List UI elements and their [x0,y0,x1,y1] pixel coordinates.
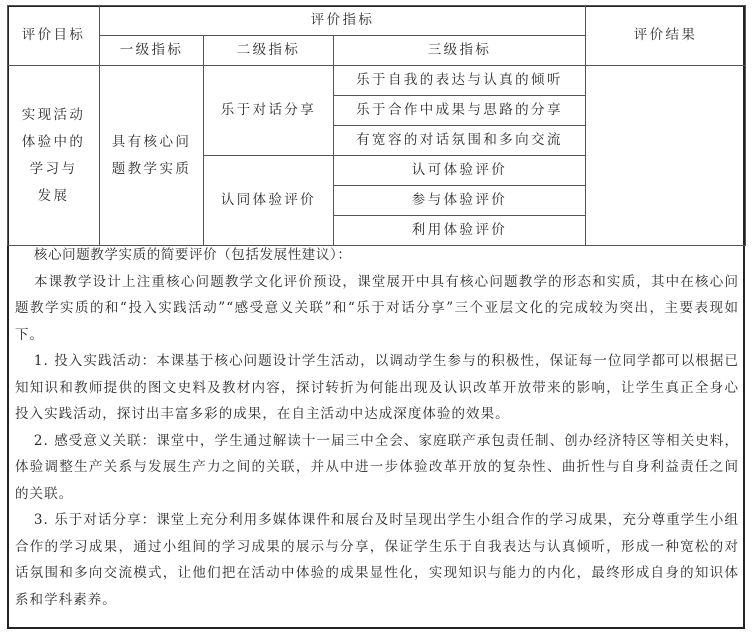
level3-cell: 乐于合作中成果与思路的分享 [334,96,586,126]
result-cell [586,66,746,246]
level3-cell: 认可体验评价 [334,156,586,186]
header-row-1: 评价目标 评价指标 评价结果 [8,6,746,36]
summary-section: 核心问题教学实质的简要评价（包括发展性建议）： 本课教学设计上注重核心问题教学文… [9,240,743,628]
summary-paragraph: 1. 投入实践活动：本课基于核心问题设计学生活动，以调动学生参与的积极性，保证每… [15,348,739,428]
level3-cell: 参与体验评价 [334,186,586,216]
summary-paragraph: 本课教学设计上注重核心问题教学文化评价预设，课堂展开中具有核心问题教学的形态和实… [15,269,739,349]
level2-cell: 认同体验评价 [204,156,334,246]
level3-cell: 乐于自我的表达与认真的倾听 [334,66,586,96]
goal-cell: 实现活动 体验中的 学习与 发展 [8,66,100,246]
summary-title: 核心问题教学实质的简要评价（包括发展性建议）： [15,242,739,269]
header-indicators: 评价指标 [100,6,586,36]
header-level2: 二级指标 [204,36,334,66]
evaluation-table: 评价目标 评价指标 评价结果 一级指标 二级指标 三级指标 实现活动 体验中的 … [7,5,746,246]
header-level3: 三级指标 [334,36,586,66]
level2-cell: 乐于对话分享 [204,66,334,156]
level1-cell: 具有核心问 题教学实质 [100,66,204,246]
summary-paragraph: 3. 乐于对话分享：课堂上充分利用多媒体课件和展台及时呈现出学生小组合作的学习成… [15,507,739,613]
header-goal: 评价目标 [8,6,100,66]
table-row: 实现活动 体验中的 学习与 发展 具有核心问 题教学实质 乐于对话分享 乐于自我… [8,66,746,96]
level3-cell: 有宽容的对话氛围和多向交流 [334,126,586,156]
header-level1: 一级指标 [100,36,204,66]
header-result: 评价结果 [586,6,746,66]
summary-paragraph: 2. 感受意义关联：课堂中，学生通过解读十一届三中全会、家庭联产承包责任制、创办… [15,428,739,508]
